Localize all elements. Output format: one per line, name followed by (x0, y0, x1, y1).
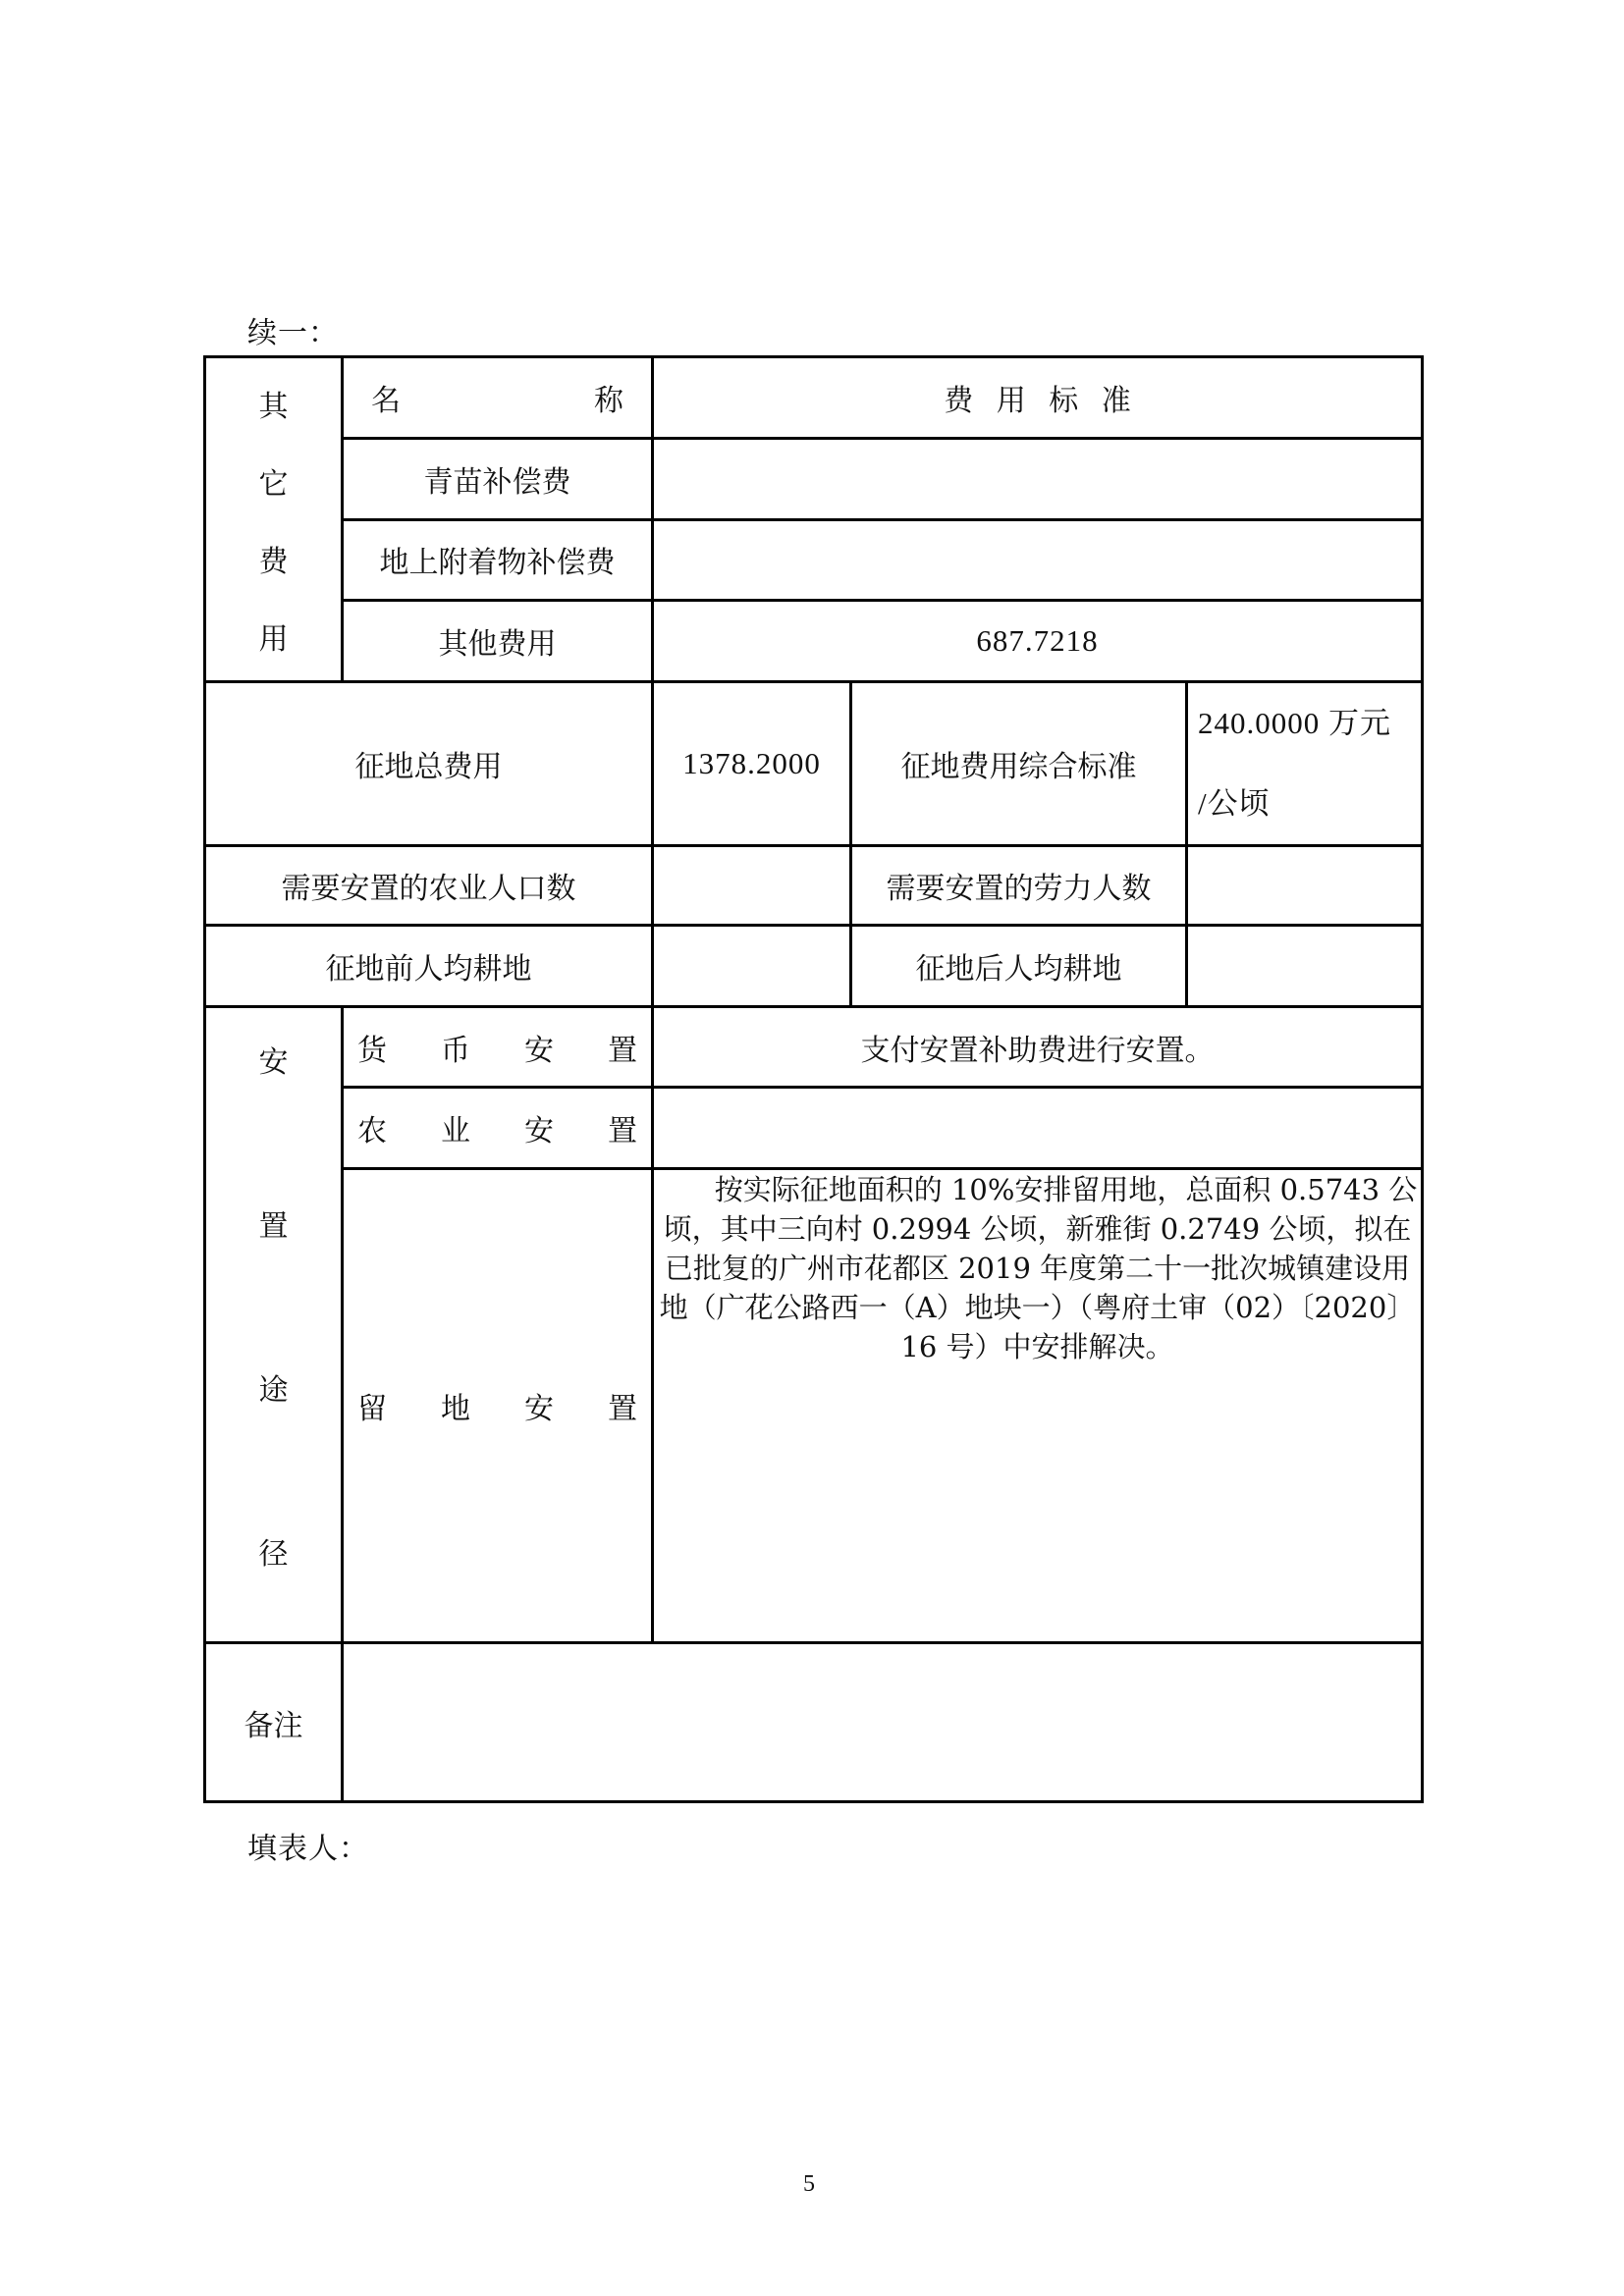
land-acquisition-fee-table: 其 它 费 用 名 称 费 用 标 准 青苗补偿费 地上附着物补偿费 其他费用 … (203, 355, 1424, 1803)
header-char: 名 (371, 376, 401, 419)
label-char: 留 (357, 1384, 387, 1427)
resettlement-type-agricultural: 农 业 安 置 (343, 1088, 653, 1168)
standard-column-header: 费 用 标 准 (653, 357, 1423, 439)
name-column-header: 名 称 (343, 357, 653, 439)
label-char: 置 (608, 1384, 637, 1427)
continuation-heading: 续一： (247, 308, 339, 351)
label-char: 币 (441, 1026, 470, 1069)
total-fee-label: 征地总费用 (205, 682, 653, 846)
farmland-after-value[interactable] (1187, 926, 1423, 1007)
group-char: 途 (259, 1365, 289, 1409)
group-char: 安 (259, 1038, 289, 1081)
fee-standard-cell[interactable] (653, 438, 1423, 519)
standard-value-line2: /公顷 (1198, 764, 1421, 844)
farmland-before-label: 征地前人均耕地 (205, 926, 653, 1007)
agri-population-label: 需要安置的农业人口数 (205, 846, 653, 926)
label-char: 安 (524, 1384, 554, 1427)
remarks-value[interactable] (343, 1643, 1423, 1802)
monetary-resettlement-content[interactable]: 支付安置补助费进行安置。 (653, 1007, 1423, 1088)
comprehensive-standard-value[interactable]: 240.0000 万元 /公顷 (1187, 682, 1423, 846)
label-char: 农 (357, 1106, 387, 1149)
page-number: 5 (803, 2171, 815, 2198)
reserved-land-resettlement-content[interactable]: 按实际征地面积的 10%安排留用地，总面积 0.5743 公顷，其中三向村 0.… (653, 1168, 1423, 1642)
group-char: 置 (259, 1201, 289, 1245)
fee-standard-cell[interactable] (653, 519, 1423, 601)
fee-standard-cell[interactable]: 687.7218 (653, 601, 1423, 682)
group-char: 它 (259, 459, 289, 503)
agri-population-value[interactable] (653, 846, 851, 926)
form-filler-label: 填表人： (247, 1824, 369, 1867)
fee-name-cell: 其他费用 (343, 601, 653, 682)
other-fees-group-label: 其 它 费 用 (205, 357, 343, 682)
labor-count-label: 需要安置的劳力人数 (851, 846, 1187, 926)
header-char: 称 (594, 376, 623, 419)
group-char: 径 (259, 1529, 289, 1573)
label-char: 货 (357, 1026, 387, 1069)
comprehensive-standard-label: 征地费用综合标准 (851, 682, 1187, 846)
farmland-before-value[interactable] (653, 926, 851, 1007)
group-char: 用 (259, 614, 289, 658)
group-char: 费 (259, 537, 289, 580)
label-char: 安 (524, 1106, 554, 1149)
label-char: 置 (608, 1106, 637, 1149)
labor-count-value[interactable] (1187, 846, 1423, 926)
resettlement-type-reserved-land: 留 地 安 置 (343, 1168, 653, 1642)
resettlement-type-monetary: 货 币 安 置 (343, 1007, 653, 1088)
total-fee-value[interactable]: 1378.2000 (653, 682, 851, 846)
label-char: 安 (524, 1026, 554, 1069)
fee-name-cell: 地上附着物补偿费 (343, 519, 653, 601)
label-char: 地 (441, 1384, 470, 1427)
farmland-after-label: 征地后人均耕地 (851, 926, 1187, 1007)
label-char: 业 (441, 1106, 470, 1149)
resettlement-group-label: 安 置 途 径 (205, 1007, 343, 1643)
standard-value-line1: 240.0000 万元 (1198, 683, 1421, 764)
group-char: 其 (259, 382, 289, 425)
label-char: 置 (608, 1026, 637, 1069)
agricultural-resettlement-content[interactable] (653, 1088, 1423, 1168)
remarks-label: 备注 (205, 1643, 343, 1802)
fee-name-cell: 青苗补偿费 (343, 438, 653, 519)
